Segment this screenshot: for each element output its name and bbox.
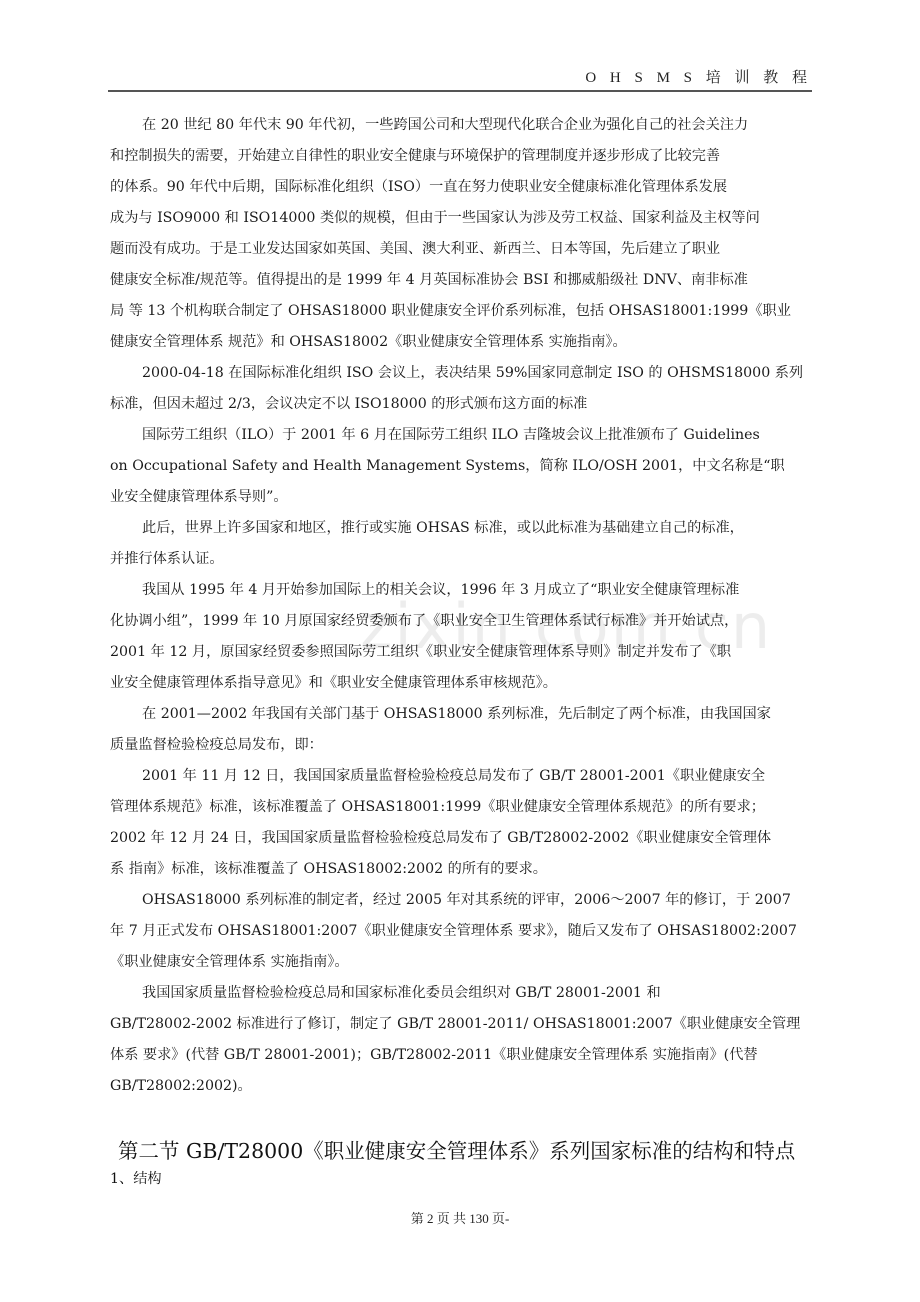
paragraph-8-line: 《职业健康安全管理体系 实施指南》。 bbox=[110, 951, 349, 973]
document-page: O H S M S 培 训 教 程 zixin.com.cn 在 20 世纪 8… bbox=[0, 0, 920, 1302]
paragraph-3-line: 业安全健康管理体系导则”。 bbox=[110, 486, 288, 508]
paragraph-9-line: 体系 要求》(代替 GB/T 28001-2001)；GB/T28002-201… bbox=[110, 1044, 758, 1066]
paragraph-1-line: 成为与 ISO9000 和 ISO14000 类似的规模，但由于一些国家认为涉及… bbox=[110, 207, 760, 229]
paragraph-7-line: 管理体系规范》标准，该标准覆盖了 OHSAS18001:1999《职业健康安全管… bbox=[110, 796, 765, 818]
paragraph-7-line: 系 指南》标准，该标准覆盖了 OHSAS18002:2002 的所有的要求。 bbox=[110, 858, 547, 880]
paragraph-7-line: 2001 年 11 月 12 日，我国国家质量监督检验检疫总局发布了 GB/T … bbox=[142, 765, 765, 787]
paragraph-9-line: GB/T28002:2002)。 bbox=[110, 1075, 252, 1097]
paragraph-5-line: 2001 年 12 月，原国家经贸委参照国际劳工组织《职业安全健康管理体系导则》… bbox=[110, 641, 731, 663]
paragraph-3-line: 国际劳工组织（ILO）于 2001 年 6 月在国际劳工组织 ILO 吉隆坡会议… bbox=[142, 424, 760, 446]
paragraph-1-line: 健康安全标准/规范等。值得提出的是 1999 年 4 月英国标准协会 BSI 和… bbox=[110, 269, 748, 291]
paragraph-9-line: 我国国家质量监督检验检疫总局和国家标准化委员会组织对 GB/T 28001-20… bbox=[142, 982, 661, 1004]
header-rule bbox=[108, 90, 812, 92]
paragraph-5-line: 业安全健康管理体系指导意见》和《职业安全健康管理体系审核规范》。 bbox=[110, 672, 557, 694]
paragraph-4-line: 此后，世界上许多国家和地区，推行或实施 OHSAS 标准，或以此标准为基础建立自… bbox=[142, 517, 744, 539]
paragraph-4-line: 并推行体系认证。 bbox=[110, 548, 224, 570]
paragraph-1-line: 局 等 13 个机构联合制定了 OHSAS18000 职业健康安全评价系列标准，… bbox=[110, 300, 791, 322]
paragraph-7-line: 2002 年 12 月 24 日，我国国家质量监督检验检疫总局发布了 GB/T2… bbox=[110, 827, 771, 849]
section-heading: 第二节 GB/T28000《职业健康安全管理体系》系列国家标准的结构和特点 bbox=[118, 1134, 795, 1164]
paragraph-1-line: 题而没有成功。于是工业发达国家如英国、美国、澳大利亚、新西兰、日本等国，先后建立… bbox=[110, 238, 720, 260]
paragraph-2-line: 标准，但因未超过 2/3，会议决定不以 ISO18000 的形式颁布这方面的标准 bbox=[110, 393, 587, 415]
paragraph-9-line: GB/T28002-2002 标准进行了修订，制定了 GB/T 28001-20… bbox=[110, 1013, 800, 1035]
paragraph-5-line: 我国从 1995 年 4 月开始参加国际上的相关会议，1996 年 3 月成立了… bbox=[142, 579, 739, 601]
running-header: O H S M S 培 训 教 程 bbox=[585, 66, 812, 87]
paragraph-1-line: 健康安全管理体系 规范》和 OHSAS18002《职业健康安全管理体系 实施指南… bbox=[110, 331, 627, 353]
paragraph-1-line: 的体系。90 年代中后期，国际标准化组织（ISO）一直在努力使职业安全健康标准化… bbox=[110, 176, 727, 198]
paragraph-5-line: 化协调小组”，1999 年 10 月原国家经贸委颁布了《职业安全卫生管理体系试行… bbox=[110, 610, 738, 632]
subsection-heading: 1、结构 bbox=[110, 1168, 162, 1188]
paragraph-6-line: 在 2001—2002 年我国有关部门基于 OHSAS18000 系列标准，先后… bbox=[142, 703, 771, 725]
paragraph-1-line: 在 20 世纪 80 年代末 90 年代初，一些跨国公司和大型现代化联合企业为强… bbox=[142, 114, 748, 136]
page-number-footer: 第 2 页 共 130 页- bbox=[0, 1208, 920, 1227]
paragraph-8-line: OHSAS18000 系列标准的制定者，经过 2005 年对其系统的评审，200… bbox=[142, 889, 791, 911]
paragraph-3-line: on Occupational Safety and Health Manage… bbox=[110, 455, 785, 477]
paragraph-2-line: 2000-04-18 在国际标准化组织 ISO 会议上，表决结果 59%国家同意… bbox=[142, 362, 803, 384]
paragraph-1-line: 和控制损失的需要，开始建立自律性的职业安全健康与环境保护的管理制度并逐步形成了比… bbox=[110, 145, 720, 167]
paragraph-8-line: 年 7 月正式发布 OHSAS18001:2007《职业健康安全管理体系 要求》… bbox=[110, 920, 797, 942]
paragraph-6-line: 质量监督检验检疫总局发布，即： bbox=[110, 734, 323, 756]
